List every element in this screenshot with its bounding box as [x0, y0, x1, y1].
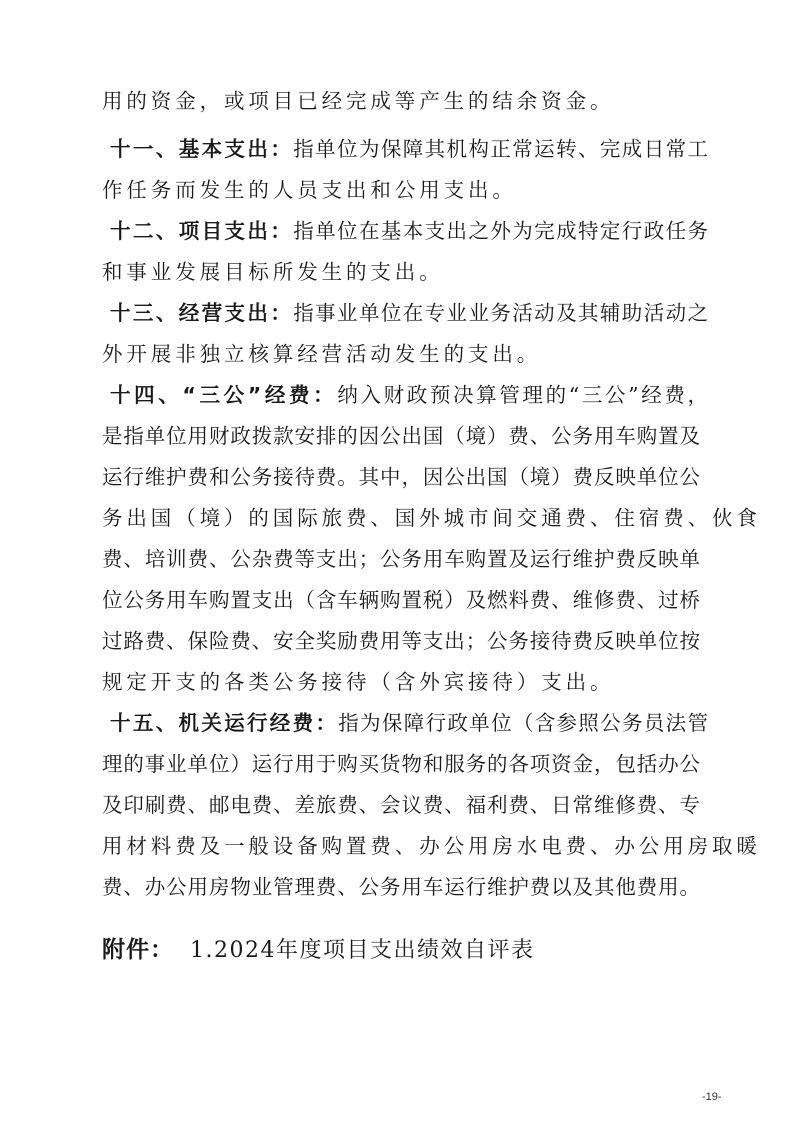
section-13-line-1: 十三、经营支出：指事业单位在专业业务活动及其辅助活动之 — [110, 300, 708, 326]
section-heading: 十二、项目支出： — [110, 219, 293, 243]
section-15-line-1: 十五、机关运行经费：指为保障行政单位（含参照公务员法管 — [110, 710, 708, 736]
section-13-line-2: 外开展非独立核算经营活动发生的支出。 — [102, 341, 700, 367]
attachment-label: 附件： — [102, 937, 174, 963]
section-15-line-4: 用材料费及一般设备购置费、办公用房水电费、办公用房取暖 — [102, 833, 700, 859]
section-text: 指为保障行政单位（含参照公务员法管 — [338, 711, 708, 735]
section-15-line-2: 理的事业单位）运行用于购买货物和服务的各项资金，包括办公 — [102, 751, 700, 777]
section-text: 纳入财政预决算管理的“三公”经费， — [337, 383, 708, 407]
section-14-line-6: 位公务用车购置支出（含车辆购置税）及燃料费、维修费、过桥 — [102, 587, 700, 613]
attachment-line: 附件：1.2024年度项目支出绩效自评表 — [102, 935, 534, 966]
section-text: 指单位为保障其机构正常运转、完成日常工 — [293, 137, 708, 161]
section-text: 指单位在基本支出之外为完成特定行政任务 — [293, 219, 708, 243]
section-14-line-5: 费、培训费、公杂费等支出；公务用车购置及运行维护费反映单 — [102, 546, 700, 572]
section-14-line-1: 十四、“三公”经费：纳入财政预决算管理的“三公”经费， — [110, 382, 708, 408]
section-14-line-8: 规定开支的各类公务接待（含外宾接待）支出。 — [102, 669, 700, 695]
section-12-line-2: 和事业发展目标所发生的支出。 — [102, 259, 700, 285]
section-heading: 十五、机关运行经费： — [110, 711, 338, 735]
section-15-line-3: 及印刷费、邮电费、差旅费、会议费、福利费、日常维修费、专 — [102, 792, 700, 818]
section-15-line-5: 费、办公用房物业管理费、公务用车运行维护费以及其他费用。 — [102, 874, 700, 900]
section-12-line-1: 十二、项目支出：指单位在基本支出之外为完成特定行政任务 — [110, 218, 708, 244]
section-14-line-4: 务出国（境）的国际旅费、国外城市间交通费、住宿费、伙食 — [102, 505, 700, 531]
continuation-line: 用的资金，或项目已经完成等产生的结余资金。 — [102, 88, 700, 114]
section-heading: 十一、基本支出： — [110, 137, 293, 161]
section-heading: 十三、经营支出： — [110, 301, 293, 325]
section-heading: 十四、“三公”经费： — [110, 383, 337, 407]
page-number: -19- — [702, 1091, 722, 1103]
attachment-item: 1.2024年度项目支出绩效自评表 — [190, 938, 534, 963]
section-text: 指事业单位在专业业务活动及其辅助活动之 — [293, 301, 708, 325]
section-14-line-3: 运行维护费和公务接待费。其中，因公出国（境）费反映单位公 — [102, 464, 700, 490]
section-11-line-1: 十一、基本支出：指单位为保障其机构正常运转、完成日常工 — [110, 136, 708, 162]
section-14-line-7: 过路费、保险费、安全奖励费用等支出；公务接待费反映单位按 — [102, 628, 700, 654]
section-14-line-2: 是指单位用财政拨款安排的因公出国（境）费、公务用车购置及 — [102, 423, 700, 449]
section-11-line-2: 作任务而发生的人员支出和公用支出。 — [102, 177, 700, 203]
